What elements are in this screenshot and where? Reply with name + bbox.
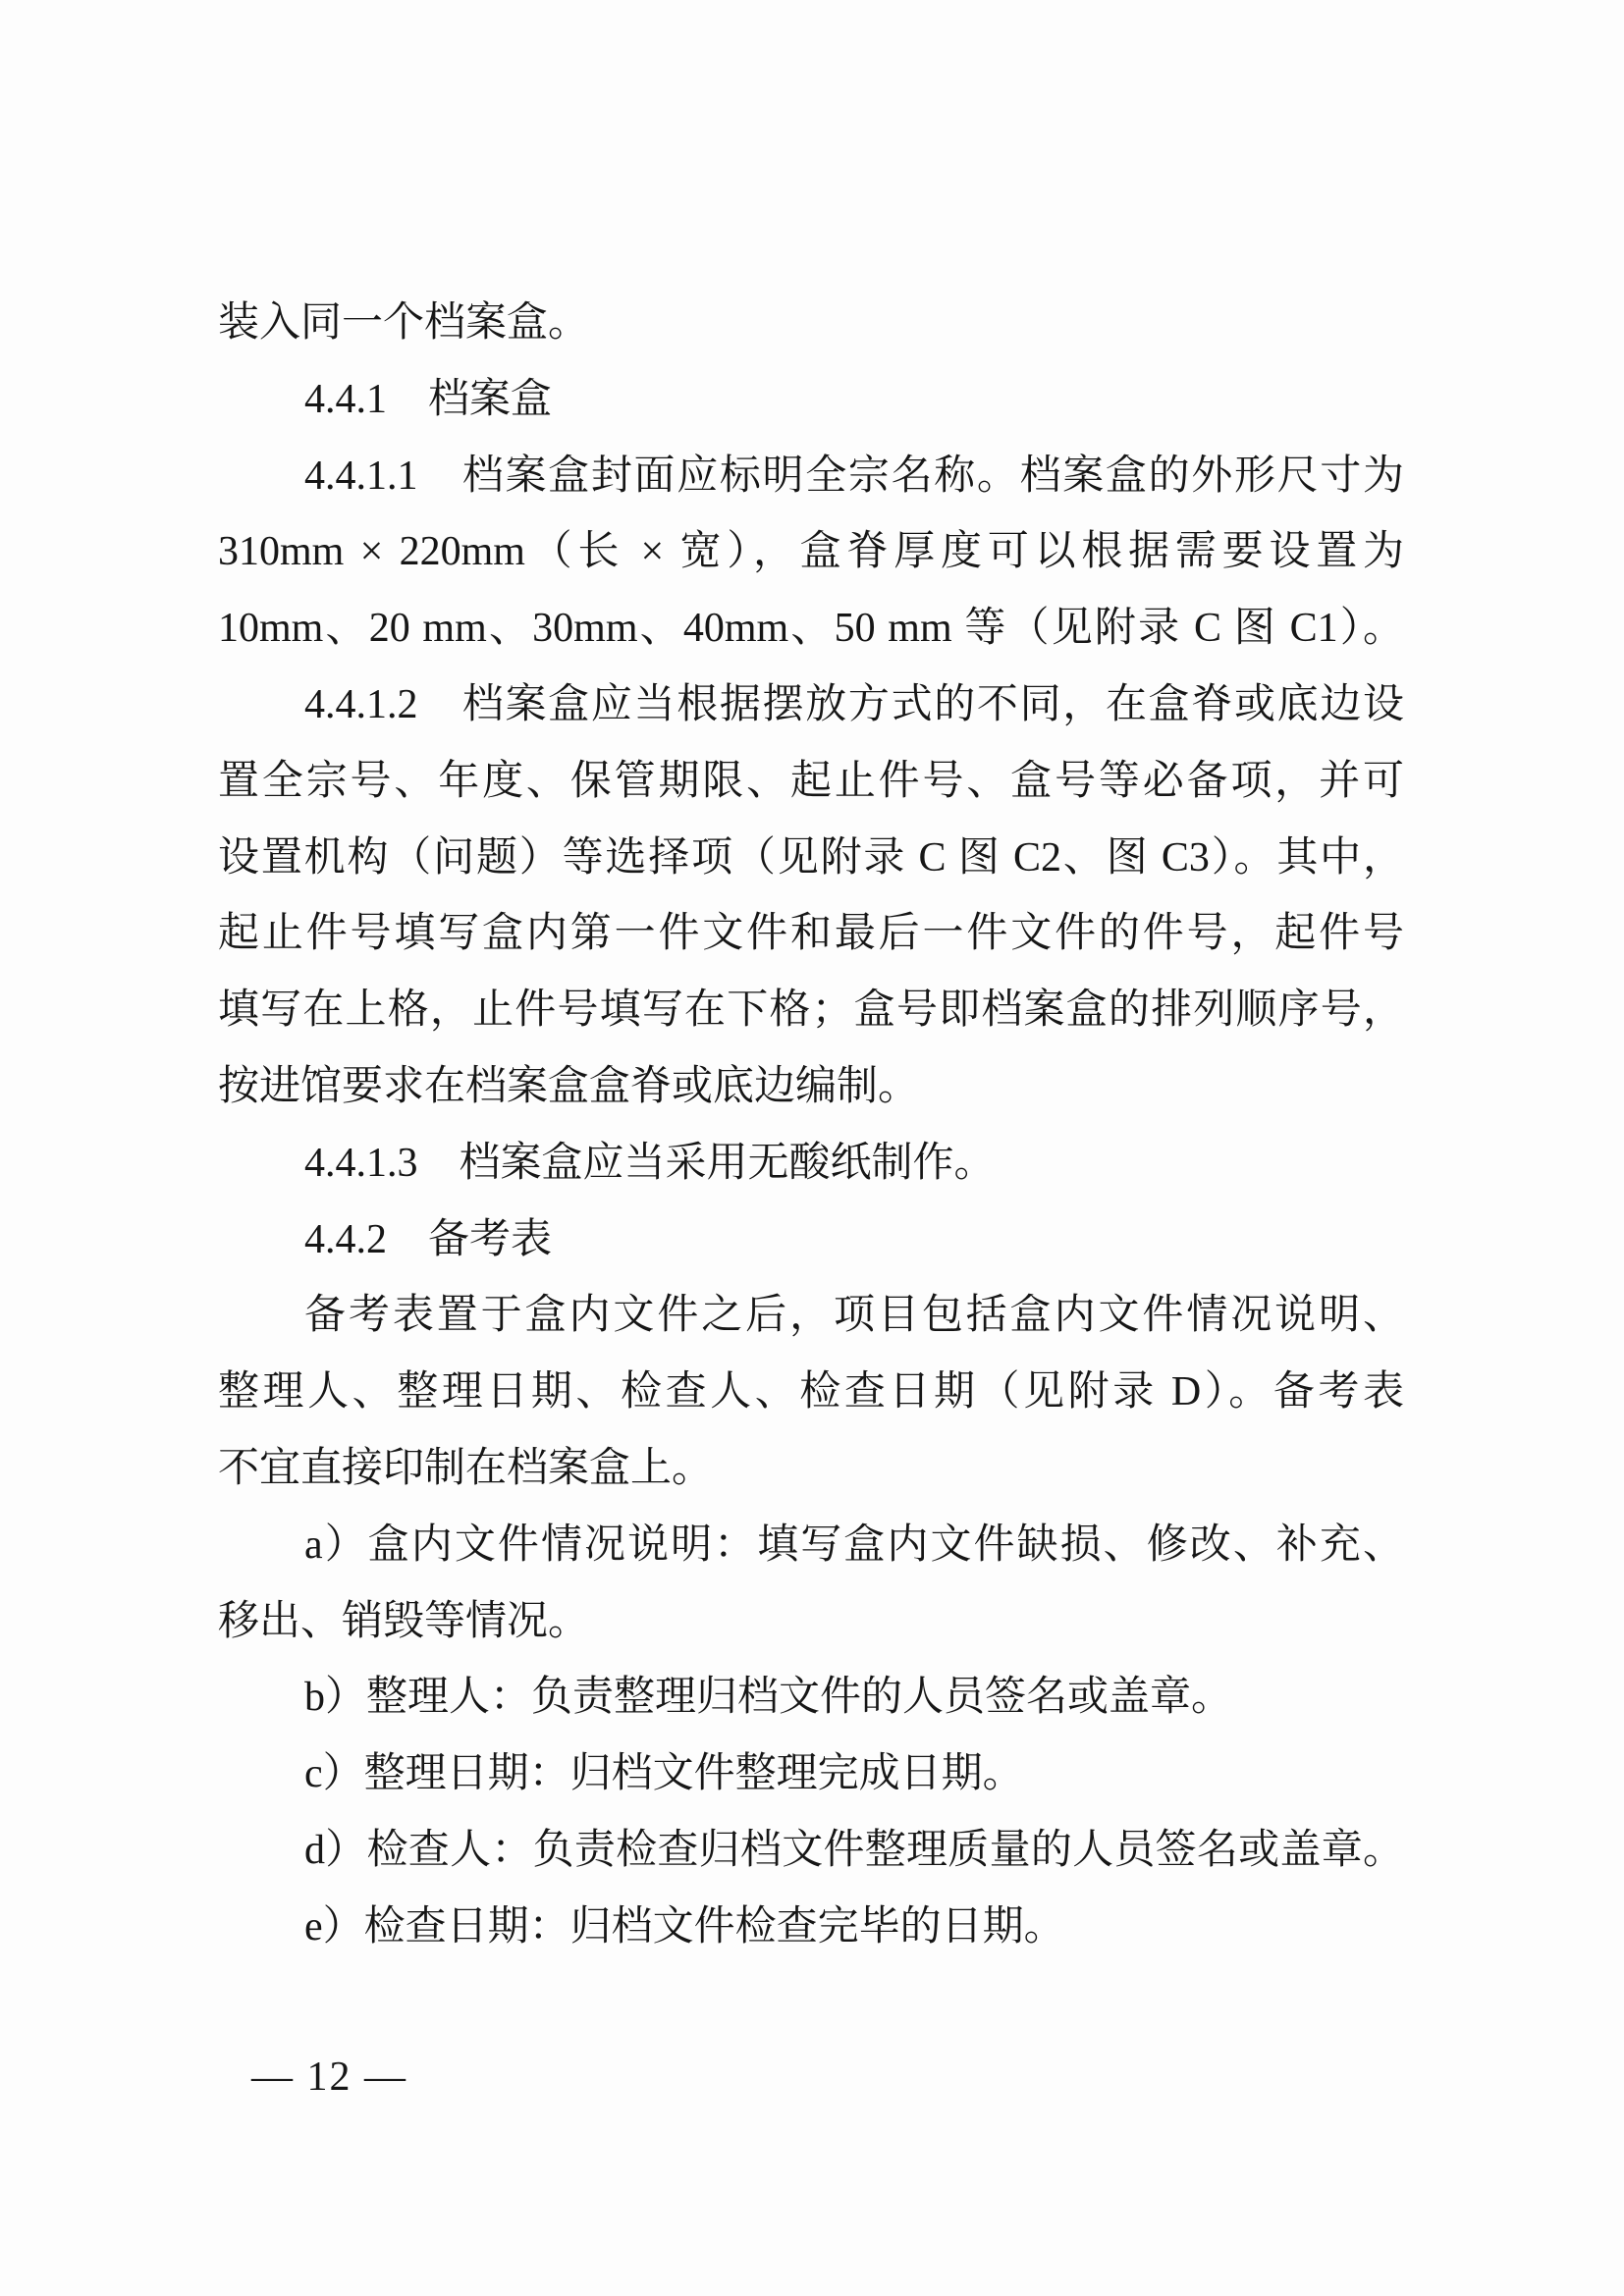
section-heading: 4.4.2 备考表 xyxy=(218,1202,1404,1279)
document-line: 不宜直接印制在档案盒上。 xyxy=(218,1431,1404,1508)
section-heading: 4.4.1.3 档案盒应当采用无酸纸制作。 xyxy=(218,1126,1404,1202)
list-item: e）检查日期：归档文件检查完毕的日期。 xyxy=(218,1890,1404,1966)
section-heading: 4.4.1 档案盒 xyxy=(218,362,1404,439)
list-item: a）盒内文件情况说明：填写盒内文件缺损、修改、补充、 xyxy=(218,1508,1404,1584)
list-item: 移出、销毁等情况。 xyxy=(218,1584,1404,1661)
document-text-block: 装入同一个档案盒。 4.4.1 档案盒 4.4.1.1 档案盒封面应标明全宗名称… xyxy=(218,286,1404,1966)
document-line: 10mm、20 mm、30mm、40mm、50 mm 等（见附录 C 图 C1）… xyxy=(218,591,1404,667)
document-line: 设置机构（问题）等选择项（见附录 C 图 C2、图 C3）。其中， xyxy=(218,821,1404,897)
list-item: d）检查人：负责检查归档文件整理质量的人员签名或盖章。 xyxy=(218,1813,1404,1890)
document-line: 起止件号填写盒内第一件文件和最后一件文件的件号，起件号 xyxy=(218,896,1404,973)
document-line: 4.4.1.1 档案盒封面应标明全宗名称。档案盒的外形尺寸为 xyxy=(218,439,1404,515)
document-line: 按进馆要求在档案盒盒脊或底边编制。 xyxy=(218,1049,1404,1126)
document-page: 装入同一个档案盒。 4.4.1 档案盒 4.4.1.1 档案盒封面应标明全宗名称… xyxy=(0,0,1624,2296)
page-number: — 12 — xyxy=(251,2051,407,2104)
list-item: c）整理日期：归档文件整理完成日期。 xyxy=(218,1736,1404,1813)
document-line: 装入同一个档案盒。 xyxy=(218,286,1404,362)
document-line: 310mm × 220mm（长 × 宽），盒脊厚度可以根据需要设置为 xyxy=(218,514,1404,591)
document-line: 填写在上格，止件号填写在下格；盒号即档案盒的排列顺序号， xyxy=(218,973,1404,1049)
document-line: 整理人、整理日期、检查人、检查日期（见附录 D）。备考表 xyxy=(218,1355,1404,1431)
document-line: 置全宗号、年度、保管期限、起止件号、盒号等必备项，并可 xyxy=(218,744,1404,821)
document-line: 4.4.1.2 档案盒应当根据摆放方式的不同，在盒脊或底边设 xyxy=(218,667,1404,744)
document-line: 备考表置于盒内文件之后，项目包括盒内文件情况说明、 xyxy=(218,1278,1404,1355)
list-item: b）整理人：负责整理归档文件的人员签名或盖章。 xyxy=(218,1660,1404,1736)
